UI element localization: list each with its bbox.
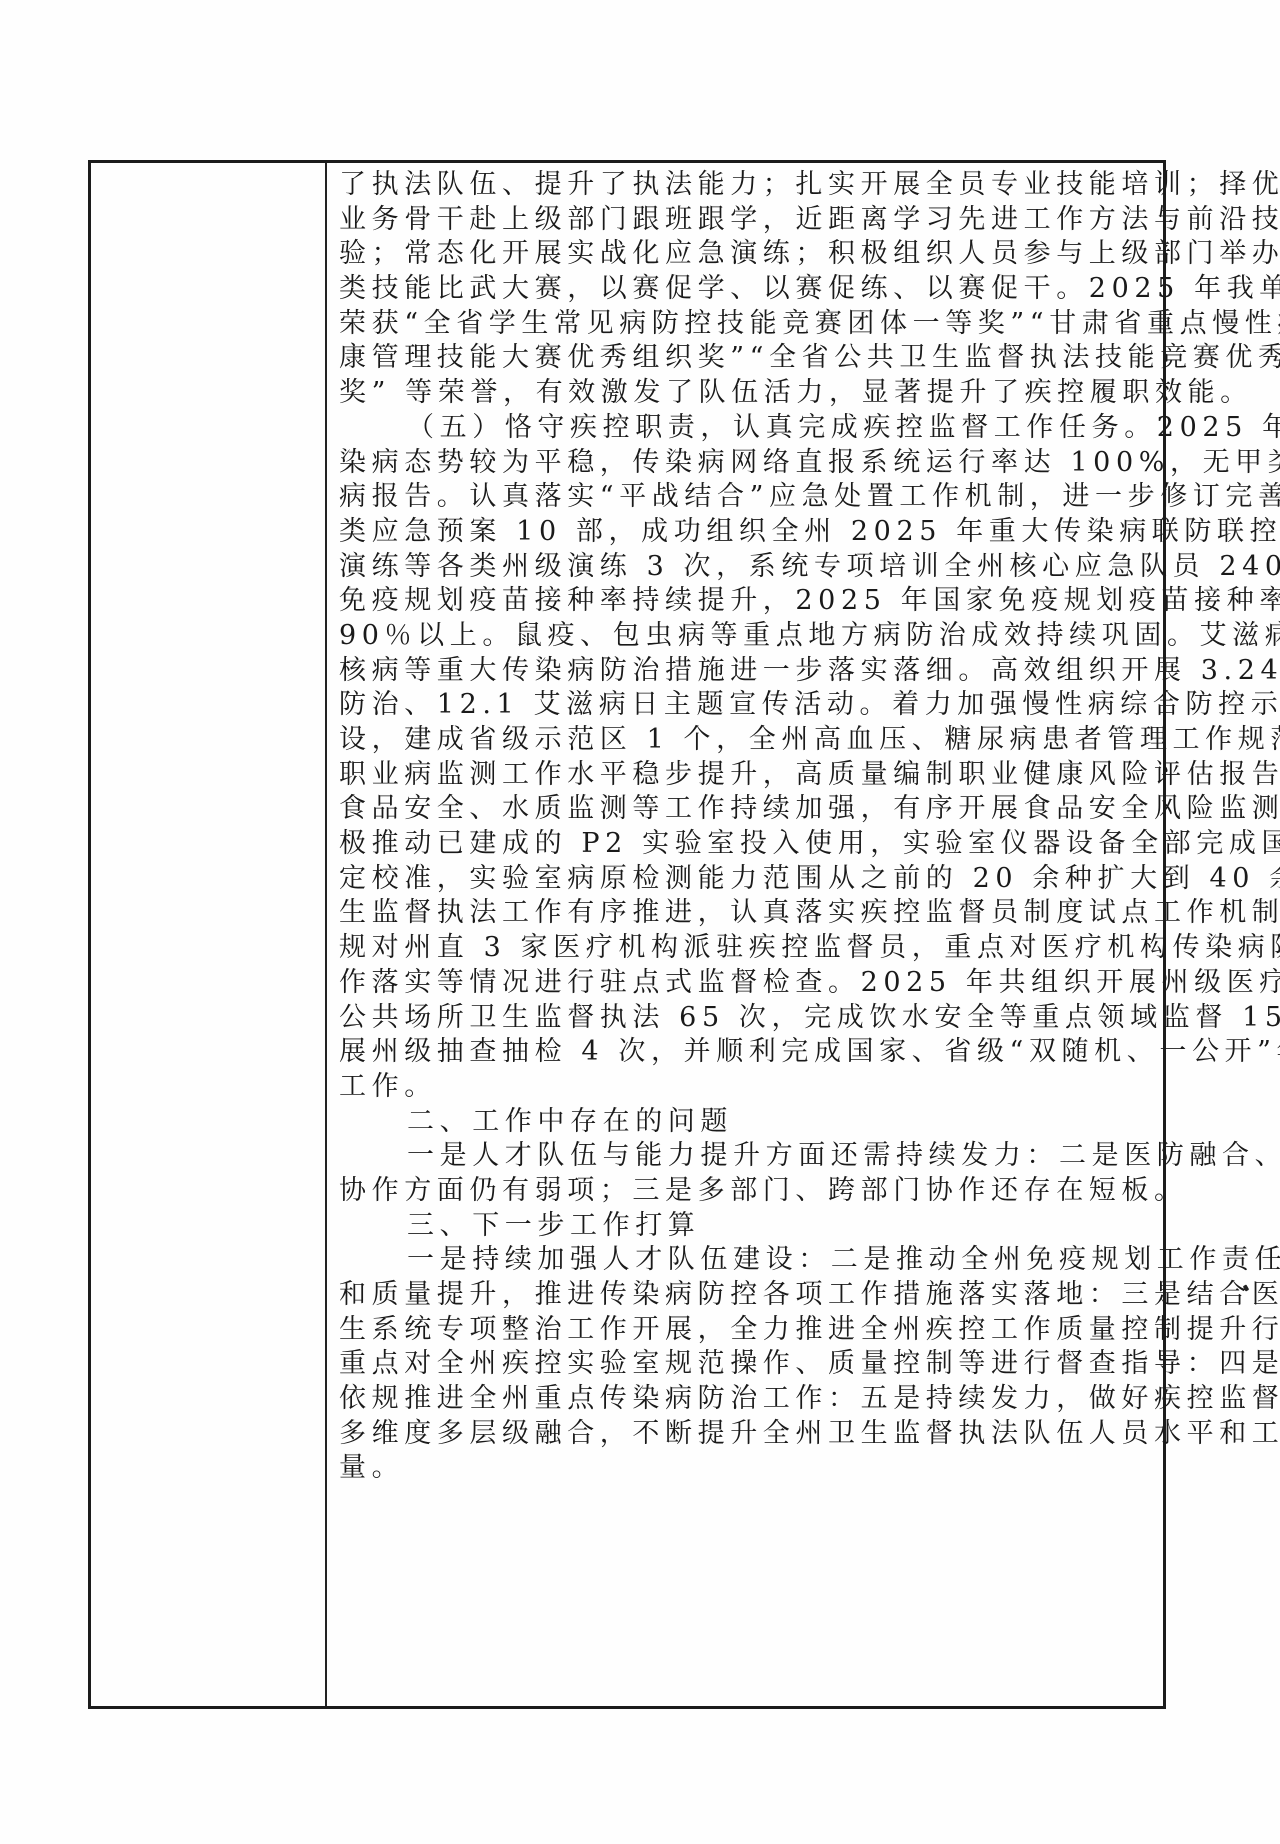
text-line: 规对州直 3 家医疗机构派驻疾控监督员，重点对医疗机构传染病防控工 bbox=[339, 931, 1169, 966]
text-line: 免疫规划疫苗接种率持续提升，2025 年国家免疫规划疫苗接种率达到 bbox=[339, 584, 1169, 619]
text-line: 演练等各类州级演练 3 次，系统专项培训全州核心应急队员 240 人次。 bbox=[339, 550, 1169, 585]
text-line: 业务骨干赴上级部门跟班跟学，近距离学习先进工作方法与前沿技术经 bbox=[339, 203, 1169, 238]
text-line: 核病等重大传染病防治措施进一步落实落细。高效组织开展 3.24 结核病 bbox=[339, 654, 1169, 689]
text-line: 食品安全、水质监测等工作持续加强，有序开展食品安全风险监测。积 bbox=[339, 792, 1169, 827]
text-line: 协作方面仍有弱项；三是多部门、跨部门协作还存在短板。 bbox=[339, 1174, 1169, 1209]
text-line: 展州级抽查抽检 4 次，并顺利完成国家、省级“双随机、一公开”年度 bbox=[339, 1035, 1169, 1070]
text-line: 康管理技能大赛优秀组织奖”“全省公共卫生监督执法技能竞赛优秀组织 bbox=[339, 341, 1169, 376]
text-line: 设，建成省级示范区 1 个，全州高血压、糖尿病患者管理工作规范进行。 bbox=[339, 723, 1169, 758]
text-line: 了执法队伍、提升了执法能力；扎实开展全员专业技能培训；择优选派 bbox=[339, 168, 1169, 203]
text-line: 一是人才队伍与能力提升方面还需持续发力：二是医防融合、医防 bbox=[339, 1139, 1169, 1174]
text-line: 类应急预案 10 部，成功组织全州 2025 年重大传染病联防联控综合应急 bbox=[339, 515, 1169, 550]
text-line: 生监督执法工作有序推进，认真落实疾控监督员制度试点工作机制，依 bbox=[339, 896, 1169, 931]
table-left-cell bbox=[91, 163, 327, 1706]
text-line: 奖” 等荣誉，有效激发了队伍活力，显著提升了疾控履职效能。 bbox=[339, 376, 1169, 411]
text-line: 生系统专项整治工作开展，全力推进全州疾控工作质量控制提升行动， bbox=[339, 1313, 1169, 1348]
text-line: 二、工作中存在的问题 bbox=[339, 1105, 1169, 1140]
text-line: 一是持续加强人才队伍建设：二是推动全州免疫规划工作责任落实 bbox=[339, 1243, 1169, 1278]
text-line: 作落实等情况进行驻点式监督检查。2025 年共组织开展州级医疗机构与 bbox=[339, 966, 1169, 1001]
document-table: 了执法队伍、提升了执法能力；扎实开展全员专业技能培训；择优选派业务骨干赴上级部门… bbox=[88, 160, 1166, 1709]
text-line: 公共场所卫生监督执法 65 次，完成饮水安全等重点领域监督 15 次，开 bbox=[339, 1001, 1169, 1036]
text-line: 多维度多层级融合，不断提升全州卫生监督执法队伍人员水平和工作质 bbox=[339, 1417, 1169, 1452]
text-line: 验；常态化开展实战化应急演练；积极组织人员参与上级部门举办的各 bbox=[339, 237, 1169, 272]
text-line: 染病态势较为平稳，传染病网络直报系统运行率达 100%，无甲类传染 bbox=[339, 446, 1169, 481]
text-line: （五）恪守疾控职责，认真完成疾控监督工作任务。2025 年全州传 bbox=[339, 411, 1169, 446]
text-line: 90％以上。鼠疫、包虫病等重点地方病防治成效持续巩固。艾滋病、结 bbox=[339, 619, 1169, 654]
text-line: 工作。 bbox=[339, 1070, 1169, 1105]
text-line: 类技能比武大赛，以赛促学、以赛促练、以赛促干。2025 年我单位先后 bbox=[339, 272, 1169, 307]
text-line: 定校准，实验室病原检测能力范围从之前的 20 余种扩大到 40 余种。卫 bbox=[339, 862, 1169, 897]
text-line: 病报告。认真落实“平战结合”应急处置工作机制，进一步修订完善各 bbox=[339, 480, 1169, 515]
text-line: 防治、12.1 艾滋病日主题宣传活动。着力加强慢性病综合防控示范区建 bbox=[339, 688, 1169, 723]
text-line: 三、下一步工作打算 bbox=[339, 1209, 1169, 1244]
body-text: 了执法队伍、提升了执法能力；扎实开展全员专业技能培训；择优选派业务骨干赴上级部门… bbox=[339, 168, 1169, 1486]
table-content-cell: 了执法队伍、提升了执法能力；扎实开展全员专业技能培训；择优选派业务骨干赴上级部门… bbox=[327, 163, 1163, 1706]
text-line: 职业病监测工作水平稳步提升，高质量编制职业健康风险评估报告 6 份。 bbox=[339, 758, 1169, 793]
text-line: 和质量提升，推进传染病防控各项工作措施落实落地：三是结合医疗卫 bbox=[339, 1278, 1169, 1313]
text-line: 极推动已建成的 P2 实验室投入使用，实验室仪器设备全部完成国标检 bbox=[339, 827, 1169, 862]
text-line: 依规推进全州重点传染病防治工作：五是持续发力，做好疾控监督工作 bbox=[339, 1382, 1169, 1417]
text-line: 荣获“全省学生常见病防控技能竞赛团体一等奖”“甘肃省重点慢性病健 bbox=[339, 307, 1169, 342]
text-line: 量。 bbox=[339, 1451, 1169, 1486]
text-line: 重点对全州疾控实验室规范操作、质量控制等进行督查指导：四是依法 bbox=[339, 1347, 1169, 1382]
